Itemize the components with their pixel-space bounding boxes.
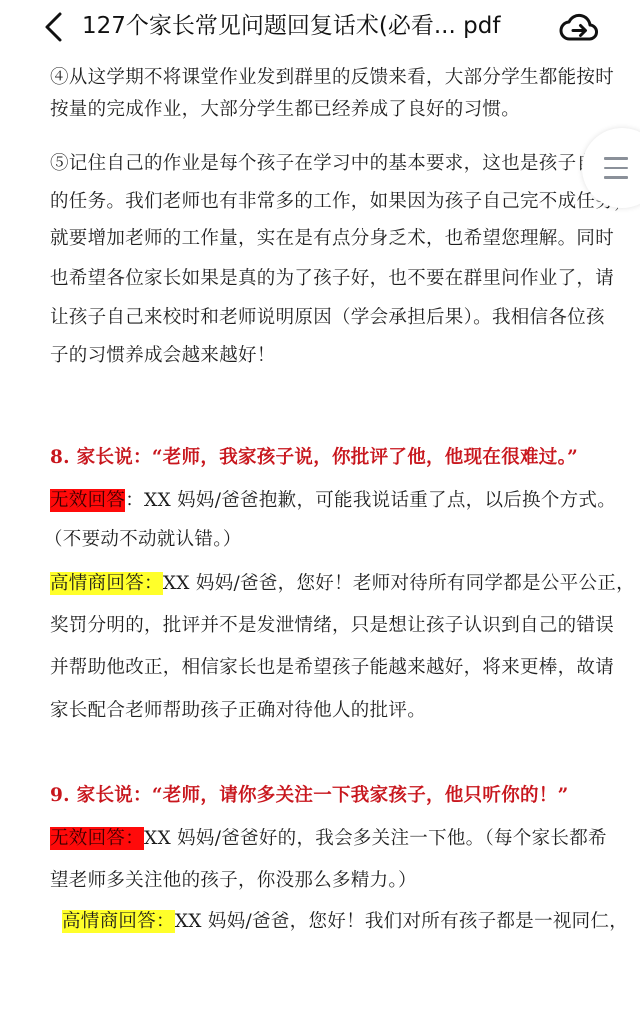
paragraph-line: ⑤记住自己的作业是每个孩子在学习中的基本要求，这也是孩子自 (50, 150, 595, 178)
paragraph-line: 就要增加老师的工作量，实在是有点分身乏术，也希望您理解。同时 (50, 225, 614, 253)
menu-icon (604, 157, 628, 179)
bad-answer-text: ：XX 妈妈/爸爸抱歉，可能我说话重了点，以后换个方式。 (125, 490, 616, 511)
paragraph-line: 子的习惯养成会越来越好！ (50, 342, 276, 370)
paragraph-line: 也希望各位家长如果是真的为了孩子好，也不要在群里问作业了，请 (50, 265, 614, 293)
document-title: 127个家长常见问题回复话术(必看... pdf (82, 9, 542, 43)
top-bar: 127个家长常见问题回复话术(必看... pdf (0, 0, 640, 52)
document-page[interactable]: ④从这学期不将课堂作业发到群里的反馈来看，大部分学生都能按时 按量的完成作业，大… (0, 52, 640, 1012)
good-answer-line: 家长配合老师帮助孩子正确对待他人的批评。 (50, 697, 426, 725)
bad-answer-text: XX 妈妈/爸爸好的，我会多关注一下他。（每个家长都希 (144, 828, 607, 849)
back-button[interactable] (36, 10, 70, 44)
chevron-left-icon (42, 11, 64, 43)
cloud-save-button[interactable] (558, 8, 600, 46)
good-answer-line: 并帮助他改正，相信家长也是希望孩子能越来越好，将来更棒，故请 (50, 654, 614, 682)
bad-answer-label: 无效回答 (50, 489, 125, 512)
good-answer-label: 高情商回答： (50, 572, 163, 595)
good-answer-label: 高情商回答： (62, 910, 175, 933)
bad-answer-line: 无效回答：XX 妈妈/爸爸抱歉，可能我说话重了点，以后换个方式。 (50, 487, 616, 515)
paragraph-line: 的任务。我们老师也有非常多的工作，如果因为孩子自己完不成任务， (50, 188, 633, 216)
good-answer-line: 奖罚分明的，批评并不是发泄情绪，只是想让孩子认识到自己的错误 (50, 612, 614, 640)
paragraph-line: ④从这学期不将课堂作业发到群里的反馈来看，大部分学生都能按时 (50, 64, 614, 92)
good-answer-text: XX 妈妈/爸爸，您好！老师对待所有同学都是公平公正， (163, 573, 635, 594)
bad-answer-line: （不要动不动就认错。） (44, 526, 242, 554)
good-answer-line: 高情商回答：XX 妈妈/爸爸，您好！我们对所有孩子都是一视同仁， (62, 908, 628, 936)
question-heading-9: 9. 家长说：“老师，请你多关注一下我家孩子，他只听你的！” (50, 782, 569, 810)
good-answer-line: 高情商回答：XX 妈妈/爸爸，您好！老师对待所有同学都是公平公正， (50, 570, 635, 598)
cloud-upload-icon (559, 10, 599, 44)
paragraph-line: 让孩子自己来校时和老师说明原因（学会承担后果）。我相信各位孩 (50, 304, 605, 332)
good-answer-text: XX 妈妈/爸爸，您好！我们对所有孩子都是一视同仁， (175, 911, 628, 932)
bad-answer-line: 无效回答：XX 妈妈/爸爸好的，我会多关注一下他。（每个家长都希 (50, 825, 607, 853)
question-heading-8: 8. 家长说：“老师，我家孩子说，你批评了他，他现在很难过。” (50, 444, 578, 472)
paragraph-line: 按量的完成作业，大部分学生都已经养成了良好的习惯。 (50, 96, 520, 124)
bad-answer-line: 望老师多关注他的孩子，你没那么多精力。） (50, 867, 417, 895)
bad-answer-label: 无效回答： (50, 827, 144, 850)
